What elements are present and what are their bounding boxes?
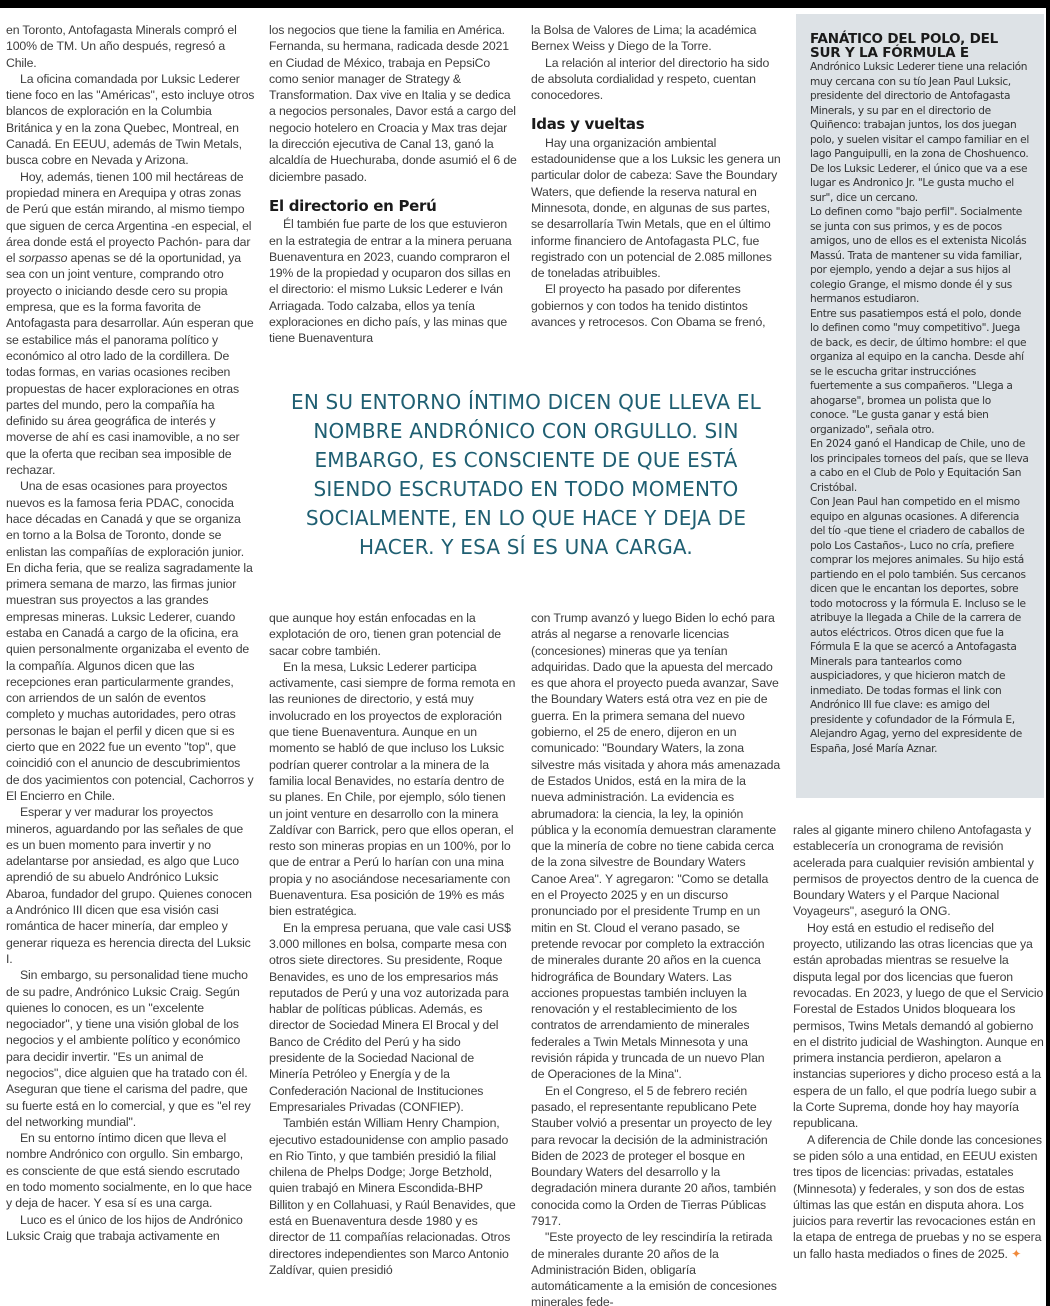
article-column-1: en Toronto, Antofagasta Minerals compró …: [6, 22, 256, 1244]
paragraph: La relación al interior del directorio h…: [531, 55, 781, 104]
paragraph: Una de esas ocasiones para proyectos nue…: [6, 478, 256, 804]
sidebar-paragraph: Andrónico Luksic Lederer tiene una relac…: [810, 60, 1030, 205]
paragraph: Hay una organización ambiental estadouni…: [531, 135, 781, 282]
sidebar-title: FANÁTICO DEL POLO, DEL SUR Y LA FÓRMULA …: [810, 32, 1030, 60]
paragraph: A diferencia de Chile donde las concesio…: [793, 1132, 1045, 1262]
paragraph: Esperar y ver madurar los proyectos mine…: [6, 804, 256, 967]
sidebar-paragraph: Entre sus pasatiempos está el polo, dond…: [810, 307, 1030, 438]
paragraph: El proyecto ha pasado por diferentes gob…: [531, 281, 781, 330]
paragraph: la Bolsa de Valores de Lima; la académic…: [531, 22, 781, 55]
article-column-4-bottom: rales al gigante minero chileno Antofaga…: [793, 822, 1045, 1262]
article-column-2-top: los negocios que tiene la familia en Amé…: [269, 22, 517, 347]
pull-quote: EN SU ENTORNO ÍNTIMO DICEN QUE LLEVA EL …: [276, 388, 776, 562]
paragraph: La oficina comandada por Luksic Lederer …: [6, 71, 256, 169]
paragraph: También están William Henry Champion, ej…: [269, 1115, 517, 1278]
top-black-bar: [0, 0, 1050, 8]
paragraph: En su entorno íntimo dicen que lleva el …: [6, 1130, 256, 1211]
sidebar-paragraph: En 2024 ganó el Handicap de Chile, uno d…: [810, 437, 1030, 495]
sidebar-paragraph: Con Jean Paul han competido en el mismo …: [810, 495, 1030, 756]
section-heading: El directorio en Perú: [269, 198, 517, 214]
article-column-3-top: la Bolsa de Valores de Lima; la académic…: [531, 22, 781, 330]
paragraph: "Este proyecto de ley rescindiría la ret…: [531, 1229, 781, 1306]
paragraph: En el Congreso, el 5 de febrero recién p…: [531, 1083, 781, 1230]
article-column-2-bottom: que aunque hoy están enfocadas en la exp…: [269, 610, 517, 1278]
section-heading: Idas y vueltas: [531, 116, 781, 132]
sidebar-box: FANÁTICO DEL POLO, DEL SUR Y LA FÓRMULA …: [796, 14, 1044, 798]
paragraph: En la empresa peruana, que vale casi US$…: [269, 920, 517, 1116]
italic-term: sorpasso: [19, 251, 68, 265]
paragraph: Él también fue parte de los que estuvier…: [269, 216, 517, 346]
paragraph: Luco es el único de los hijos de Andróni…: [6, 1212, 256, 1245]
paragraph: que aunque hoy están enfocadas en la exp…: [269, 610, 517, 659]
article-column-3-bottom: con Trump avanzó y luego Biden lo echó p…: [531, 610, 781, 1306]
sidebar-paragraph: Lo definen como "bajo perfil". Socialmen…: [810, 205, 1030, 307]
paragraph: En la mesa, Luksic Lederer participa act…: [269, 659, 517, 920]
paragraph: Hoy, además, tienen 100 mil hectáreas de…: [6, 169, 256, 479]
paragraph: rales al gigante minero chileno Antofaga…: [793, 822, 1045, 920]
paragraph: Hoy está en estudio el rediseño del proy…: [793, 920, 1045, 1132]
paragraph: con Trump avanzó y luego Biden lo echó p…: [531, 610, 781, 1083]
paragraph: los negocios que tiene la familia en Amé…: [269, 22, 517, 185]
paragraph: Sin embargo, su personalidad tiene mucho…: [6, 967, 256, 1130]
end-of-article-icon: ✦: [1011, 1247, 1021, 1261]
paragraph: en Toronto, Antofagasta Minerals compró …: [6, 22, 256, 71]
right-black-bar: [1046, 0, 1050, 1306]
